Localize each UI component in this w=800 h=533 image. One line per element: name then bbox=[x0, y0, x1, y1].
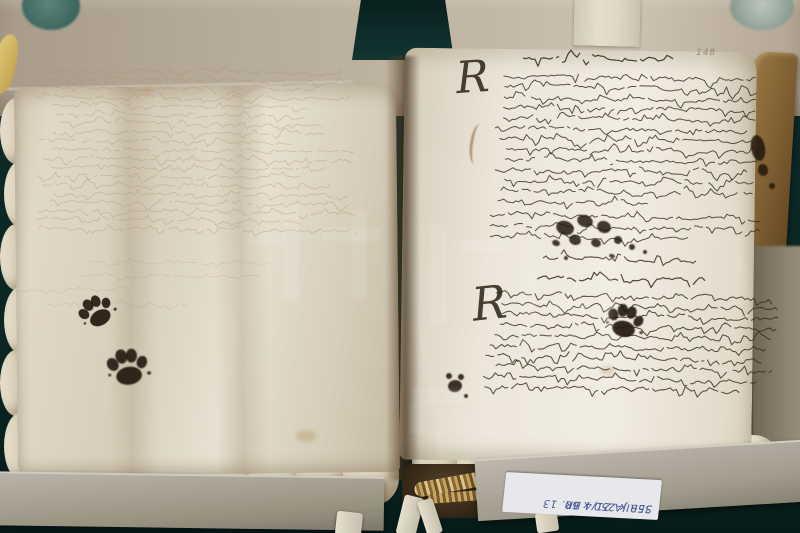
ink-blot bbox=[749, 134, 767, 162]
script-line-bleed-through-main bbox=[39, 225, 357, 236]
ink-smudge bbox=[628, 243, 636, 251]
cat-paw-print bbox=[103, 345, 152, 388]
script-line-bleed-through-main bbox=[54, 189, 348, 200]
script-line-paragraph-3 bbox=[483, 373, 759, 388]
ink-blot bbox=[757, 163, 769, 177]
script-line-bleed-through-sparse bbox=[46, 300, 187, 310]
script-line-heading-2 bbox=[537, 272, 705, 288]
script-line-paragraph-1 bbox=[501, 186, 753, 198]
script-line-bleed-through-main bbox=[43, 179, 334, 191]
script-line-bleed-through-main bbox=[37, 215, 301, 226]
script-line-heading-1 bbox=[523, 50, 673, 66]
paw-toe bbox=[126, 349, 137, 363]
script-line-paragraph-2 bbox=[490, 223, 760, 237]
script-line-paragraph-1 bbox=[503, 103, 755, 118]
script-line-bleed-through-main bbox=[48, 67, 342, 77]
paw-speck bbox=[147, 371, 151, 375]
ink-smudge bbox=[642, 249, 647, 254]
script-line-bleed-through-main bbox=[55, 109, 304, 121]
ink-smudge bbox=[608, 253, 615, 259]
script-line-paragraph-2 bbox=[490, 211, 760, 224]
calligraphic-initial: R bbox=[454, 51, 491, 104]
script-line-paragraph-1 bbox=[506, 144, 758, 159]
ink-smudge bbox=[554, 218, 576, 237]
cloth-ribbon bbox=[335, 511, 363, 533]
paw-speck bbox=[83, 322, 87, 326]
paw-pad bbox=[115, 365, 143, 386]
script-line-bleed-through-main bbox=[39, 137, 291, 147]
ink-blot bbox=[447, 379, 463, 393]
paw-toe bbox=[101, 297, 111, 308]
script-line-paragraph-2 bbox=[490, 231, 688, 246]
script-line-paragraph-1 bbox=[504, 175, 753, 191]
ink-smudge bbox=[613, 235, 623, 245]
script-line-paragraph-1 bbox=[503, 112, 755, 126]
script-line-paragraph-3 bbox=[502, 301, 778, 316]
script-line-paragraph-1 bbox=[495, 167, 747, 181]
archive-box-label: SERIJA 21/4 BR. 13 350 x 250 x 60 bbox=[502, 472, 662, 520]
script-line-bleed-through-main bbox=[42, 154, 351, 166]
paw-speck bbox=[606, 321, 610, 324]
script-line-paragraph-3 bbox=[490, 340, 766, 356]
script-line-paragraph-3 bbox=[484, 383, 739, 397]
ink-blot bbox=[446, 373, 453, 380]
folio-number: 148 bbox=[696, 48, 716, 58]
script-line-bleed-through-main bbox=[51, 101, 306, 112]
paw-toe bbox=[135, 355, 149, 370]
cat-paw-print bbox=[72, 288, 121, 334]
paw-toe bbox=[607, 307, 619, 321]
script-line-paragraph-1 bbox=[504, 80, 756, 99]
box-label-dimensions-line: 350 x 250 x 60 bbox=[564, 497, 653, 516]
script-line-paragraph-1 bbox=[503, 74, 755, 88]
script-line-bleed-through-main bbox=[50, 163, 326, 173]
paw-pad bbox=[611, 319, 637, 339]
ink-smudge bbox=[595, 219, 612, 235]
photo-of-open-manuscript-in-box: R R 148 SERIJA 21/4 BR. 13 350 x 250 x 6… bbox=[0, 0, 800, 533]
calligraphic-initial: R bbox=[469, 274, 509, 331]
script-line-bleed-through-main bbox=[38, 208, 356, 220]
paw-speck bbox=[113, 307, 117, 311]
script-line-paragraph-1 bbox=[504, 92, 756, 109]
script-line-paragraph-3 bbox=[496, 291, 772, 306]
script-line-bleed-through-main bbox=[53, 129, 326, 140]
box-edge-left bbox=[0, 471, 384, 530]
script-line-bleed-through-main bbox=[41, 85, 317, 97]
script-line-bleed-through-sparse bbox=[80, 273, 263, 280]
script-line-paragraph-1 bbox=[495, 126, 747, 135]
script-line-paragraph-3 bbox=[496, 360, 772, 378]
script-line-bleed-through-main bbox=[51, 146, 354, 157]
script-line-bleed-through-sparse bbox=[19, 286, 130, 295]
script-line-bleed-through-main bbox=[37, 172, 301, 183]
ink-blot bbox=[769, 183, 776, 190]
script-line-bleed-through-main bbox=[49, 199, 349, 211]
ink-smudge bbox=[568, 233, 583, 247]
ink-blot bbox=[458, 374, 465, 381]
paw-speck bbox=[108, 373, 112, 377]
script-line-bleed-through-main bbox=[39, 76, 360, 87]
ink-smudge bbox=[551, 239, 561, 247]
script-line-paragraph-3 bbox=[485, 351, 761, 366]
ink-blot bbox=[464, 394, 469, 399]
script-line-paragraph-1 bbox=[499, 133, 751, 148]
script-line-bleed-through-sparse bbox=[87, 259, 270, 268]
script-line-paragraph-1 bbox=[498, 196, 648, 209]
script-line-paragraph-1 bbox=[505, 153, 757, 167]
